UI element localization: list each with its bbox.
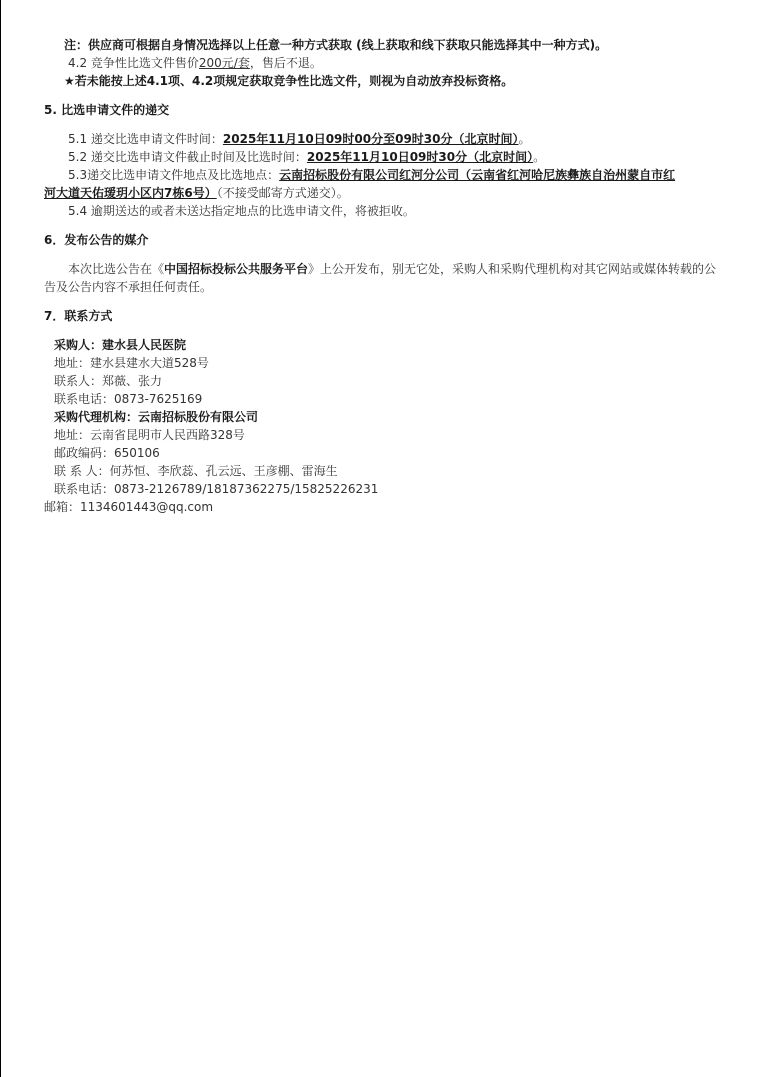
item-5-3-label: 5.3递交比选申请文件地点及比选地点： <box>68 168 279 182</box>
agency-address: 地址：云南省昆明市人民西路328号 <box>44 426 724 444</box>
item-5-3-value-line2: 河大道天佑瑷玥小区内7栋6号） <box>44 186 217 200</box>
purchaser-name: 采购人：建水县人民医院 <box>44 336 724 354</box>
item-5-2: 5.2 递交比选申请文件截止时间及比选时间：2025年11月10日09时30分（… <box>44 148 724 166</box>
platform-name: 中国招标投标公共服务平台 <box>164 262 308 276</box>
item-4-2-price: 200元/套 <box>199 56 250 70</box>
item-4-2-suffix: ，售后不退。 <box>250 56 322 70</box>
page-left-border <box>0 0 1 1077</box>
section-6-prefix: 本次比选公告在《 <box>68 262 164 276</box>
purchaser-contact: 联系人：郑薇、张力 <box>44 372 724 390</box>
item-4-2: 4.2 竞争性比选文件售价200元/套，售后不退。 <box>44 54 724 72</box>
item-5-1-end: 。 <box>519 132 531 146</box>
agency-name: 采购代理机构：云南招标股份有限公司 <box>44 408 724 426</box>
section-7-heading: 7．联系方式 <box>44 307 724 325</box>
item-5-2-value: 2025年11月10日09时30分（北京时间） <box>307 150 533 164</box>
section-5-heading: 5. 比选申请文件的递交 <box>44 101 724 119</box>
item-4-2-prefix: 4.2 竞争性比选文件售价 <box>68 56 199 70</box>
item-5-2-label: 5.2 递交比选申请文件截止时间及比选时间： <box>68 150 307 164</box>
agency-contact: 联 系 人：何苏恒、李欣蕊、孔云远、王彦棚、雷海生 <box>44 462 724 480</box>
item-5-3-note: （不接受邮寄方式递交）。 <box>217 186 349 200</box>
purchaser-phone: 联系电话：0873-7625169 <box>44 390 724 408</box>
warning-forfeit: ★若未能按上述4.1项、4.2项规定获取竞争性比选文件，则视为自动放弃投标资格。 <box>44 72 724 90</box>
item-5-1-value: 2025年11月10日09时00分至09时30分（北京时间） <box>223 132 519 146</box>
agency-postcode: 邮政编码：650106 <box>44 444 724 462</box>
agency-email: 邮箱：1134601443@qq.com <box>44 498 724 516</box>
document-body: 注：供应商可根据自身情况选择以上任意一种方式获取 (线上获取和线下获取只能选择其… <box>44 36 724 516</box>
item-5-1-label: 5.1 递交比选申请文件时间： <box>68 132 223 146</box>
section-6-paragraph: 本次比选公告在《中国招标投标公共服务平台》上公开发布，别无它处，采购人和采购代理… <box>44 260 724 296</box>
item-5-1: 5.1 递交比选申请文件时间：2025年11月10日09时00分至09时30分（… <box>44 130 724 148</box>
item-5-3-line1: 5.3递交比选申请文件地点及比选地点：云南招标股份有限公司红河分公司（云南省红河… <box>44 166 724 184</box>
item-5-3-line2: 河大道天佑瑷玥小区内7栋6号）（不接受邮寄方式递交）。 <box>44 184 724 202</box>
item-5-4: 5.4 逾期送达的或者未送达指定地点的比选申请文件，将被拒收。 <box>44 202 724 220</box>
item-5-2-end: 。 <box>533 150 545 164</box>
section-6-heading: 6．发布公告的媒介 <box>44 231 724 249</box>
agency-phone: 联系电话：0873-2126789/18187362275/1582522623… <box>44 480 724 498</box>
purchaser-address: 地址：建水县建水大道528号 <box>44 354 724 372</box>
item-5-3-value-line1: 云南招标股份有限公司红河分公司（云南省红河哈尼族彝族自治州蒙自市红 <box>279 168 675 182</box>
note-acquisition-method: 注：供应商可根据自身情况选择以上任意一种方式获取 (线上获取和线下获取只能选择其… <box>44 36 724 54</box>
